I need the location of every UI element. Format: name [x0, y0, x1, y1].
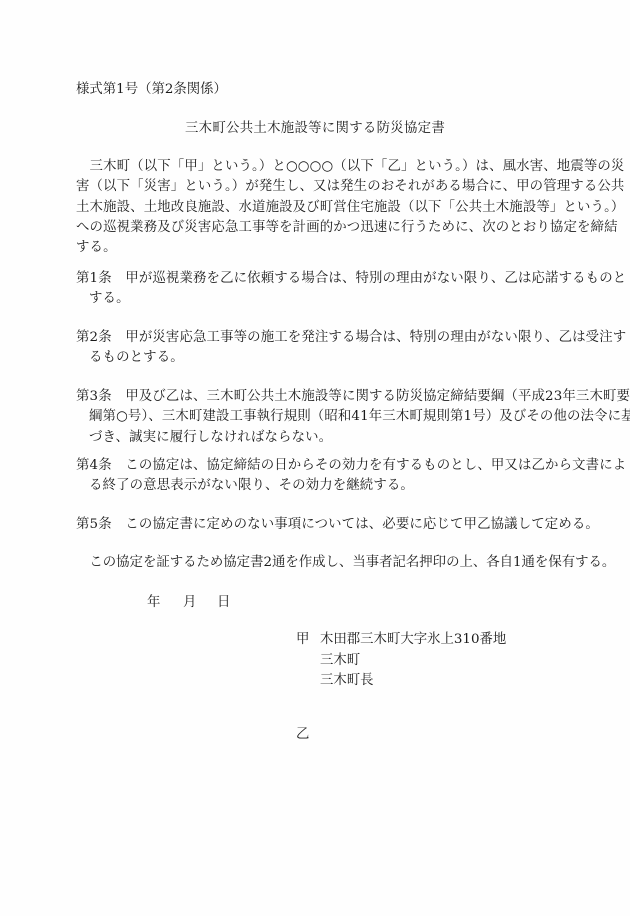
article-2: 第2条 甲が災害応急工事等の施工を発注する場合は、特別の理由がない限り、乙は受注…	[76, 328, 556, 369]
article-line: 第2条 甲が災害応急工事等の施工を発注する場合は、特別の理由がない限り、乙は受注…	[76, 328, 556, 348]
year-label: 年	[147, 593, 183, 613]
article-5: 第5条 この協定書に定めのない事項については、必要に応じて甲乙協議して定める。	[76, 515, 556, 535]
party-b-label: 乙	[296, 725, 309, 745]
month-label: 月	[183, 593, 217, 613]
article-line: する。	[76, 289, 556, 309]
document-title: 三木町公共土木施設等に関する防災協定書	[0, 119, 630, 139]
party-a-details: 木田郡三木町大字氷上310番地 三木町 三木町長	[320, 630, 506, 692]
article-line: 第5条 この協定書に定めのない事項については、必要に応じて甲乙協議して定める。	[76, 515, 556, 535]
article-line: るものとする。	[76, 348, 556, 368]
preamble-line: する。	[76, 238, 556, 258]
article-line: る終了の意思表示がない限り、その効力を継続する。	[76, 476, 556, 496]
closing-statement: この協定を証するため協定書2通を作成し、当事者記名押印の上、各自1通を保有する。	[76, 553, 615, 573]
date-line: 年月日	[147, 593, 230, 613]
preamble: 三木町（以下「甲」という。）と○○○○（以下「乙」という。）は、風水害、地震等の…	[76, 157, 556, 258]
preamble-line: 害（以下「災害」という。）が発生し、又は発生のおそれがある場合に、甲の管理する公…	[76, 177, 556, 197]
article-3: 第3条 甲及び乙は、三木町公共土木施設等に関する防災協定締結要綱（平成23年三木…	[76, 387, 556, 448]
document-page: 様式第1号（第2条関係） 三木町公共土木施設等に関する防災協定書 三木町（以下「…	[0, 0, 630, 916]
preamble-line: 三木町（以下「甲」という。）と○○○○（以下「乙」という。）は、風水害、地震等の…	[76, 157, 556, 177]
article-line: 綱第○号）、三木町建設工事執行規則（昭和41年三木町規則第1号）及びその他の法令…	[76, 407, 556, 427]
article-line: 第3条 甲及び乙は、三木町公共土木施設等に関する防災協定締結要綱（平成23年三木…	[76, 387, 556, 407]
article-1: 第1条 甲が巡視業務を乙に依頼する場合は、特別の理由がない限り、乙は応諾するもの…	[76, 269, 556, 310]
party-a-representative: 三木町長	[320, 671, 506, 692]
preamble-line: 土木施設、土地改良施設、水道施設及び町営住宅施設（以下「公共土木施設等」という。…	[76, 198, 556, 218]
party-a-name: 三木町	[320, 651, 506, 672]
form-number: 様式第1号（第2条関係）	[76, 80, 227, 100]
article-line: づき、誠実に履行しなければならない。	[76, 428, 556, 448]
party-a-address: 木田郡三木町大字氷上310番地	[320, 630, 506, 651]
day-label: 日	[217, 593, 230, 613]
article-line: 第1条 甲が巡視業務を乙に依頼する場合は、特別の理由がない限り、乙は応諾するもの…	[76, 269, 556, 289]
article-4: 第4条 この協定は、協定締結の日からその効力を有するものとし、甲又は乙から文書に…	[76, 456, 556, 497]
preamble-line: への巡視業務及び災害応急工事等を計画的かつ迅速に行うために、次のとおり協定を締結	[76, 218, 556, 238]
article-line: 第4条 この協定は、協定締結の日からその効力を有するものとし、甲又は乙から文書に…	[76, 456, 556, 476]
party-a-label: 甲	[296, 630, 309, 650]
